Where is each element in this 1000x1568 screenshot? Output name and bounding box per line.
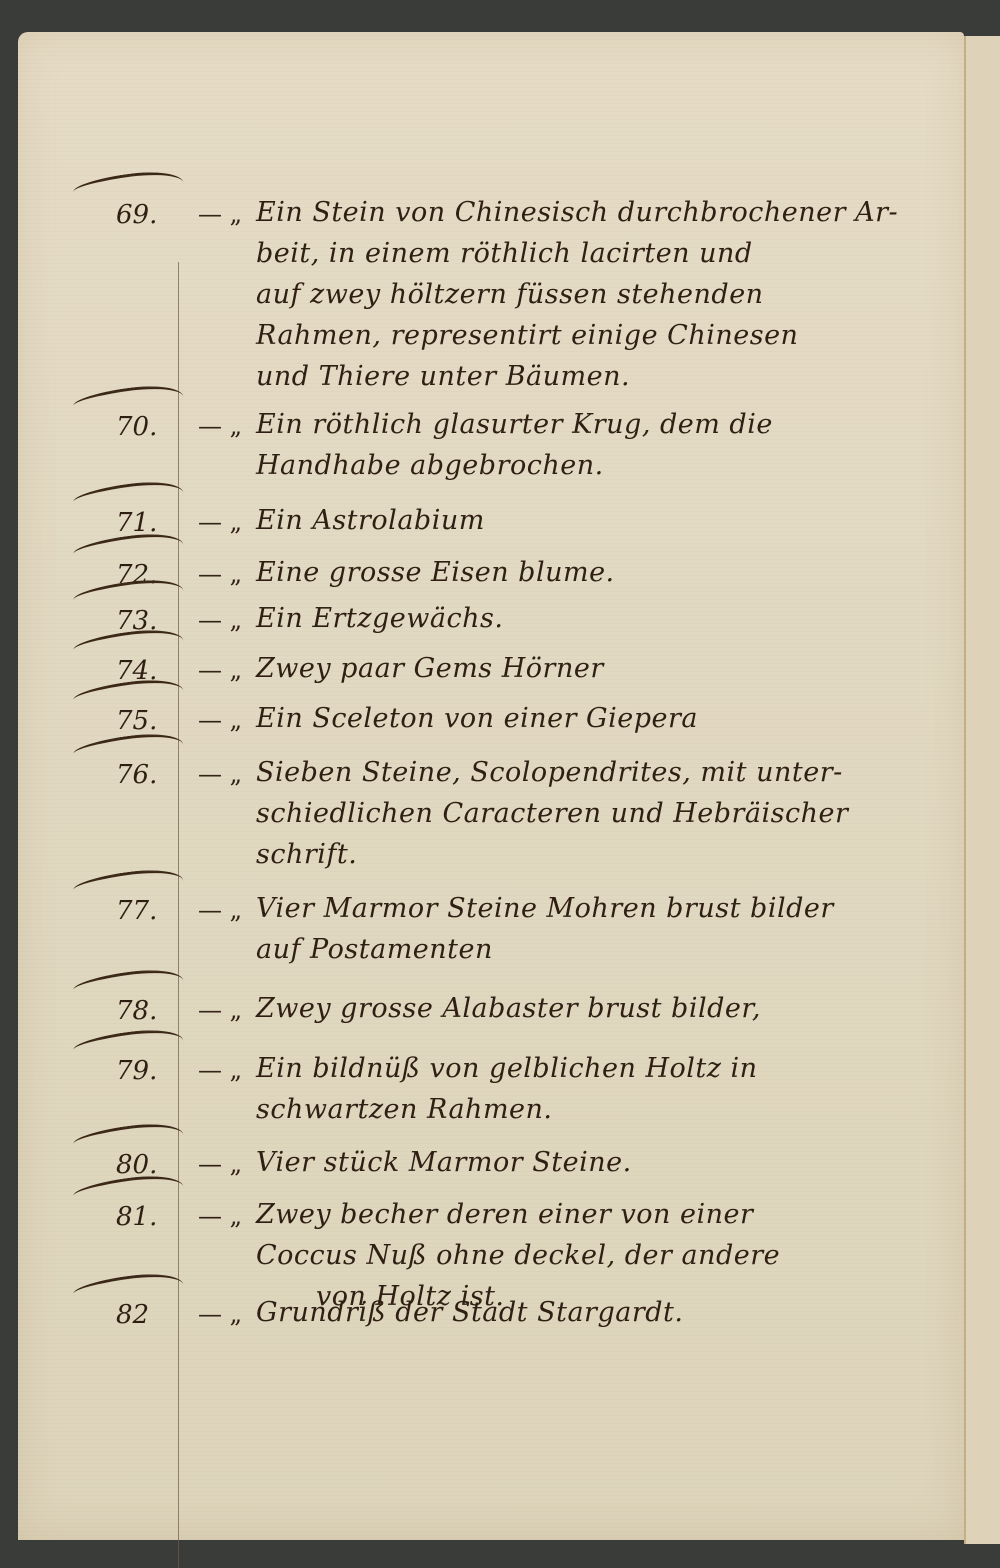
entry-number: 77. bbox=[116, 896, 157, 926]
entry-text: Sieben Steine, Scolopendrites, mit unter… bbox=[256, 752, 956, 875]
entry-number: 78. bbox=[116, 996, 157, 1026]
entry-dash: — „ bbox=[198, 606, 242, 634]
entry-text: Zwey paar Gems Hörner bbox=[256, 648, 956, 689]
entry-dash: — „ bbox=[198, 656, 242, 684]
entry-text: Vier Marmor Steine Mohren brust bilder a… bbox=[256, 888, 956, 970]
entry-line: schwartzen Rahmen. bbox=[256, 1089, 956, 1130]
entry-line: und Thiere unter Bäumen. bbox=[256, 356, 956, 397]
entry-line: Eine grosse Eisen blume. bbox=[256, 552, 956, 593]
manuscript-page: 69. — „ Ein Stein von Chinesisch durchbr… bbox=[18, 32, 964, 1540]
entry-line: Vier Marmor Steine Mohren brust bilder bbox=[256, 888, 956, 929]
entry-text: Ein Stein von Chinesisch durchbrochener … bbox=[256, 192, 956, 397]
entry-line: Sieben Steine, Scolopendrites, mit unter… bbox=[256, 752, 956, 793]
entry-dash: — „ bbox=[198, 412, 242, 440]
entry-line: Handhabe abgebrochen. bbox=[256, 445, 956, 486]
entry-text: Ein Ertzgewächs. bbox=[256, 598, 956, 639]
entry-number: 82 bbox=[116, 1300, 149, 1330]
entry-number: 76. bbox=[116, 760, 157, 790]
entry-line: Grundriß der Stadt Stargardt. bbox=[256, 1292, 956, 1333]
entry-line: Ein röthlich glasurter Krug, dem die bbox=[256, 404, 956, 445]
entry-line: Rahmen, representirt einige Chinesen bbox=[256, 315, 956, 356]
entry-text: Ein Astrolabium bbox=[256, 500, 956, 541]
entry-number: 81. bbox=[116, 1202, 157, 1232]
entry-line: auf zwey höltzern füssen stehenden bbox=[256, 274, 956, 315]
entry-text: Vier stück Marmor Steine. bbox=[256, 1142, 956, 1183]
entry-dash: — „ bbox=[198, 896, 242, 924]
entry-number: 70. bbox=[116, 412, 157, 442]
entry-text: Eine grosse Eisen blume. bbox=[256, 552, 956, 593]
margin-rule bbox=[178, 262, 179, 1568]
entry-dash: — „ bbox=[198, 200, 242, 228]
entry-line: Zwey paar Gems Hörner bbox=[256, 648, 956, 689]
entry-dash: — „ bbox=[198, 1150, 242, 1178]
entry-dash: — „ bbox=[198, 1300, 242, 1328]
entry-line: Ein Astrolabium bbox=[256, 500, 956, 541]
entry-text: Grundriß der Stadt Stargardt. bbox=[256, 1292, 956, 1333]
entry-text: Ein röthlich glasurter Krug, dem die Han… bbox=[256, 404, 956, 486]
entry-line: schrift. bbox=[256, 834, 956, 875]
entry-line: beit, in einem röthlich lacirten und bbox=[256, 233, 956, 274]
entry-line: schiedlichen Caracteren und Hebräischer bbox=[256, 793, 956, 834]
entry-dash: — „ bbox=[198, 508, 242, 536]
entry-line: Ein Sceleton von einer Giepera bbox=[256, 698, 956, 739]
entry-number: 75. bbox=[116, 706, 157, 736]
entry-line: Ein bildnüß von gelblichen Holtz in bbox=[256, 1048, 956, 1089]
entry-line: Zwey grosse Alabaster brust bilder, bbox=[256, 988, 956, 1029]
entry-line: Zwey becher deren einer von einer bbox=[256, 1194, 956, 1235]
adjacent-page-edge bbox=[964, 36, 1000, 1544]
entry-dash: — „ bbox=[198, 760, 242, 788]
entry-line: Ein Ertzgewächs. bbox=[256, 598, 956, 639]
entry-dash: — „ bbox=[198, 706, 242, 734]
entry-number: 79. bbox=[116, 1056, 157, 1086]
entry-dash: — „ bbox=[198, 996, 242, 1024]
entry-number: 69. bbox=[116, 200, 157, 230]
entry-line: Vier stück Marmor Steine. bbox=[256, 1142, 956, 1183]
entry-text: Ein Sceleton von einer Giepera bbox=[256, 698, 956, 739]
entry-dash: — „ bbox=[198, 1056, 242, 1084]
entry-line: auf Postamenten bbox=[256, 929, 956, 970]
entry-dash: — „ bbox=[198, 1202, 242, 1230]
entry-text: Zwey grosse Alabaster brust bilder, bbox=[256, 988, 956, 1029]
entry-line: Coccus Nuß ohne deckel, der andere bbox=[256, 1235, 956, 1276]
entry-dash: — „ bbox=[198, 560, 242, 588]
entry-line: Ein Stein von Chinesisch durchbrochener … bbox=[256, 192, 956, 233]
entry-text: Ein bildnüß von gelblichen Holtz in schw… bbox=[256, 1048, 956, 1130]
